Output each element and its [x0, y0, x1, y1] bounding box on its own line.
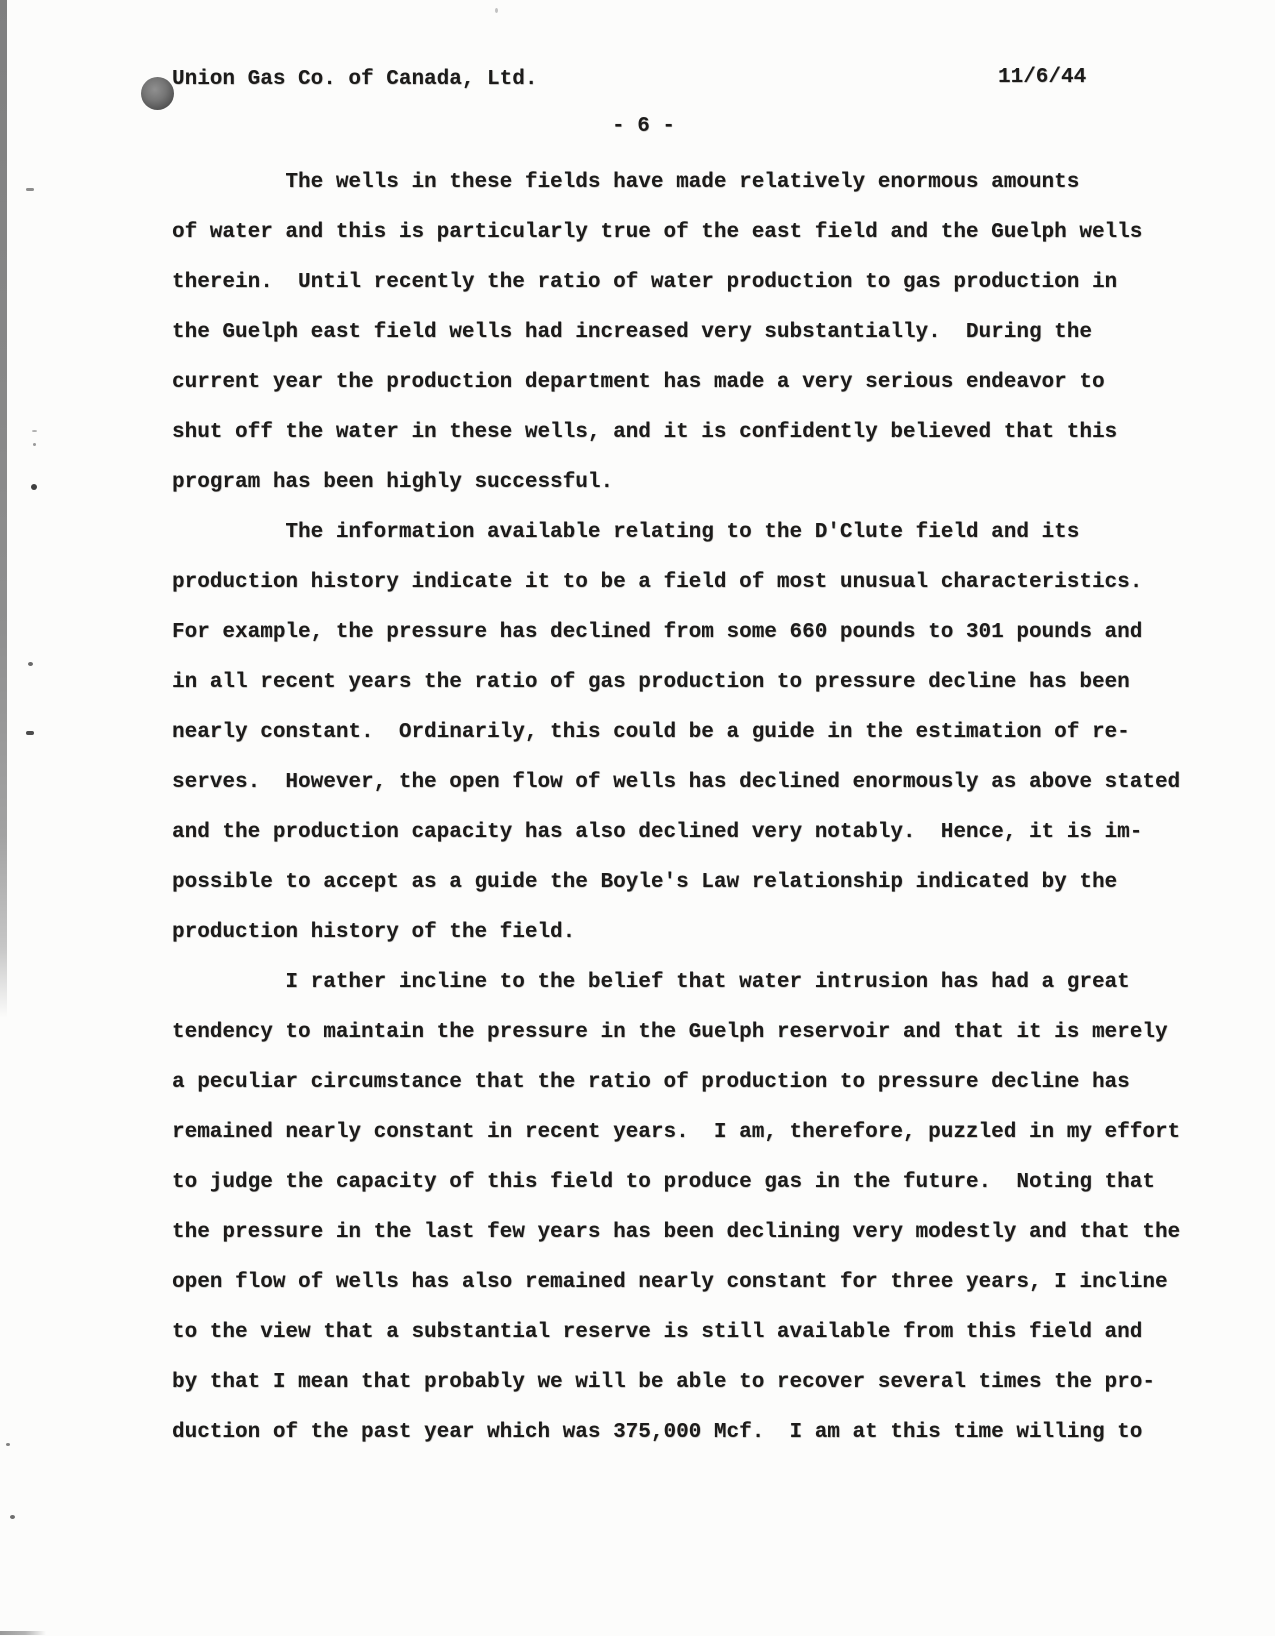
- scan-speck: [10, 1515, 15, 1519]
- document-line: in all recent years the ratio of gas pro…: [172, 658, 1180, 708]
- document-line: The information available relating to th…: [172, 508, 1180, 558]
- document-line: open flow of wells has also remained nea…: [172, 1258, 1180, 1308]
- document-body: The wells in these fields have made rela…: [172, 158, 1180, 1458]
- document-line: shut off the water in these wells, and i…: [172, 408, 1180, 458]
- document-line: to judge the capacity of this field to p…: [172, 1158, 1180, 1208]
- document-line: nearly constant. Ordinarily, this could …: [172, 708, 1180, 758]
- document-line: For example, the pressure has declined f…: [172, 608, 1180, 658]
- scan-speck: [495, 8, 498, 13]
- scan-speck: [31, 484, 37, 490]
- document-line: production history indicate it to be a f…: [172, 558, 1180, 608]
- document-line: possible to accept as a guide the Boyle'…: [172, 858, 1180, 908]
- scan-speck: [26, 731, 34, 735]
- scan-speck: [33, 443, 36, 446]
- document-line: production history of the field.: [172, 908, 1180, 958]
- document-line: tendency to maintain the pressure in the…: [172, 1008, 1180, 1058]
- scanned-document-page: Union Gas Co. of Canada, Ltd. 11/6/44 - …: [0, 0, 1275, 1636]
- header-date: 11/6/44: [998, 66, 1086, 89]
- scan-speck: [6, 1443, 10, 1446]
- scan-edge-strip: [0, 0, 7, 1018]
- document-line: therein. Until recently the ratio of wat…: [172, 258, 1180, 308]
- document-line: the Guelph east field wells had increase…: [172, 308, 1180, 358]
- document-line: I rather incline to the belief that wate…: [172, 958, 1180, 1008]
- scan-speck: [28, 662, 33, 666]
- scan-speck: [32, 430, 37, 432]
- document-line: current year the production department h…: [172, 358, 1180, 408]
- page-number: - 6 -: [0, 115, 1275, 138]
- scan-speck: [26, 188, 34, 191]
- document-line: by that I mean that probably we will be …: [172, 1358, 1180, 1408]
- header-company-name: Union Gas Co. of Canada, Ltd.: [172, 68, 537, 91]
- document-line: to the view that a substantial reserve i…: [172, 1308, 1180, 1358]
- document-line: serves. However, the open flow of wells …: [172, 758, 1180, 808]
- document-line: duction of the past year which was 375,0…: [172, 1408, 1180, 1458]
- document-line: program has been highly successful.: [172, 458, 1180, 508]
- scan-bottom-edge-mark: [0, 1631, 46, 1635]
- document-line: remained nearly constant in recent years…: [172, 1108, 1180, 1158]
- document-line: of water and this is particularly true o…: [172, 208, 1180, 258]
- document-line: The wells in these fields have made rela…: [172, 158, 1180, 208]
- punch-hole-mark: [141, 77, 174, 110]
- document-line: the pressure in the last few years has b…: [172, 1208, 1180, 1258]
- document-line: a peculiar circumstance that the ratio o…: [172, 1058, 1180, 1108]
- document-line: and the production capacity has also dec…: [172, 808, 1180, 858]
